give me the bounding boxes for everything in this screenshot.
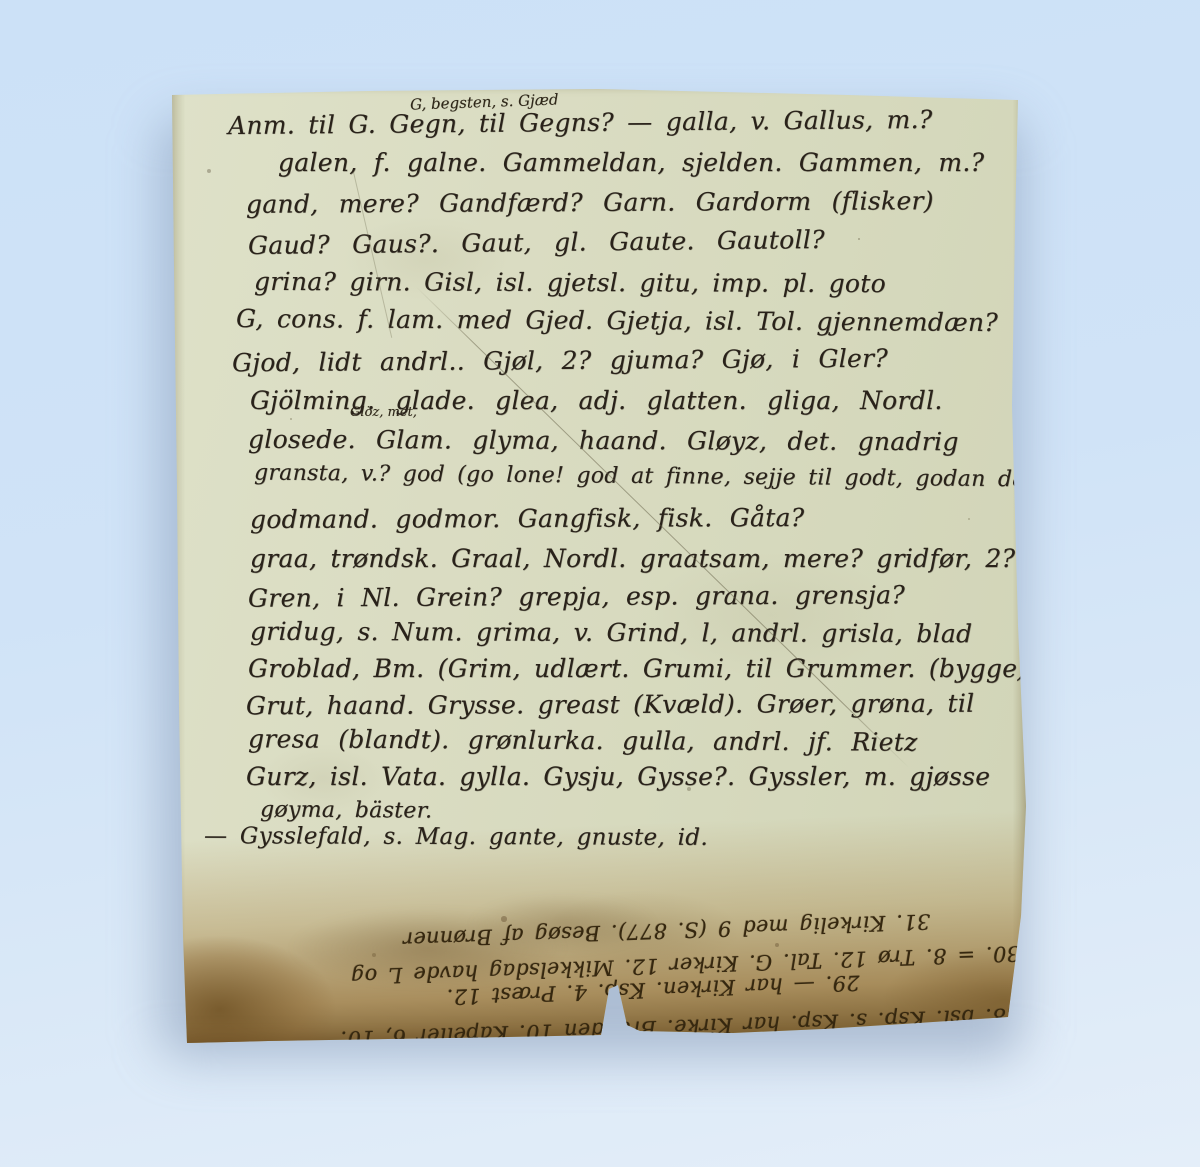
manuscript-line: Gjod, lidt andrl.. Gjøl, 2? gjuma? Gjø, …	[232, 346, 888, 376]
manuscript-line: G, cons. f. lam. med Gjed. Gjetja, isl. …	[236, 306, 998, 335]
photo-backdrop: G, begsten, s. Gjæd Glöz, met, Anm. til …	[0, 0, 1200, 1167]
manuscript-line: Grut, haand. Grysse. greast (Kvæld). Grø…	[246, 691, 975, 719]
manuscript-line: gransta, v.? god (go lone! god at finne,…	[254, 463, 1049, 492]
paper-specks	[168, 86, 170, 88]
manuscript-line: gand, mere? Gandfærd? Garn. Gardorm (fli…	[246, 188, 934, 217]
manuscript-line: galen, f. galne. Gammeldan, sjelden. Gam…	[278, 150, 984, 175]
manuscript-line: graa, trøndsk. Graal, Nordl. graatsam, m…	[250, 546, 1015, 571]
manuscript-line: glosede. Glam. glyma, haand. Gløyz, det.…	[248, 427, 959, 454]
manuscript-line: godmand. godmor. Gangfisk, fisk. Gåta?	[250, 505, 805, 532]
manuscript-line: — Gysslefald, s. Mag. gante, gnuste, id.	[204, 825, 708, 850]
manuscript-line: Gjölming. glade. glea, adj. glatten. gli…	[250, 388, 943, 413]
manuscript-line: gridug, s. Num. grima, v. Grind, l, andr…	[250, 619, 972, 647]
manuscript-line: Gaud? Gaus?. Gaut, gl. Gaute. Gautoll?	[248, 227, 825, 258]
manuscript-line: gresa (blandt). grønlurka. gulla, andrl.…	[248, 726, 918, 755]
manuscript-line: Gurz, isl. Vata. gylla. Gysju, Gysse?. G…	[246, 764, 990, 789]
manuscript-line: Groblad, Bm. (Grim, udlært. Grumi, til G…	[248, 656, 1027, 681]
manuscript-page: G, begsten, s. Gjæd Glöz, met, Anm. til …	[168, 86, 1030, 1048]
manuscript-line: Gren, i Nl. Grein? grepja, esp. grana. g…	[248, 582, 905, 610]
manuscript-line: gøyma, bäster.	[260, 799, 433, 822]
manuscript-line: Anm. til G. Gegn, til Gegns? — galla, v.…	[228, 107, 933, 138]
manuscript-line: grina? girn. Gisl, isl. gjetsl. gitu, im…	[254, 269, 886, 296]
